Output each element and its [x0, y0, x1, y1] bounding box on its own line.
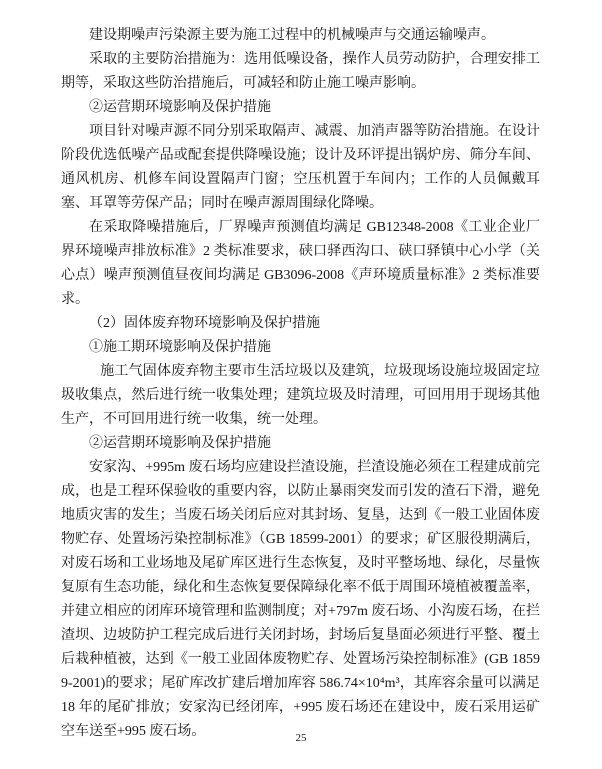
section-heading-construction-period: ①施工期环境影响及保护措施 [61, 336, 540, 360]
paragraph-noise-control-design: 项目针对噪声源不同分别采取隔声、减震、加消声器等防治措施。在设计阶段优选低噪产品… [61, 120, 540, 216]
paragraph-noise-standards: 在采取降噪措施后，厂界噪声预测值均满足 GB12348-2008《工业企业厂界环… [61, 216, 540, 312]
paragraph-construction-noise-source: 建设期噪声污染源主要为施工过程中的机械噪声与交通运输噪声。 [61, 24, 540, 48]
document-body: 建设期噪声污染源主要为施工过程中的机械噪声与交通运输噪声。 采取的主要防治措施为… [61, 24, 540, 744]
document-page: 建设期噪声污染源主要为施工过程中的机械噪声与交通运输噪声。 采取的主要防治措施为… [0, 0, 602, 769]
section-heading-solid-waste: （2）固体废弃物环境影响及保护措施 [61, 312, 540, 336]
paragraph-noise-prevention-measures: 采取的主要防治措施为：选用低噪设备，操作人员劳动防护，合理安排工期等，采取这些防… [61, 48, 540, 96]
paragraph-waste-rock-sites: 安家沟、+995m 废石场均应建设拦渣设施，拦渣设施必须在工程建成前完成，也是工… [61, 456, 540, 744]
paragraph-construction-solid-waste: 施工气固体废弃物主要市生活垃圾以及建筑，垃圾现场设施垃圾固定垃圾收集点，然后进行… [61, 360, 540, 432]
section-heading-operation-noise: ②运营期环境影响及保护措施 [61, 96, 540, 120]
page-number: 25 [0, 731, 602, 745]
section-heading-operation-period: ②运营期环境影响及保护措施 [61, 432, 540, 456]
